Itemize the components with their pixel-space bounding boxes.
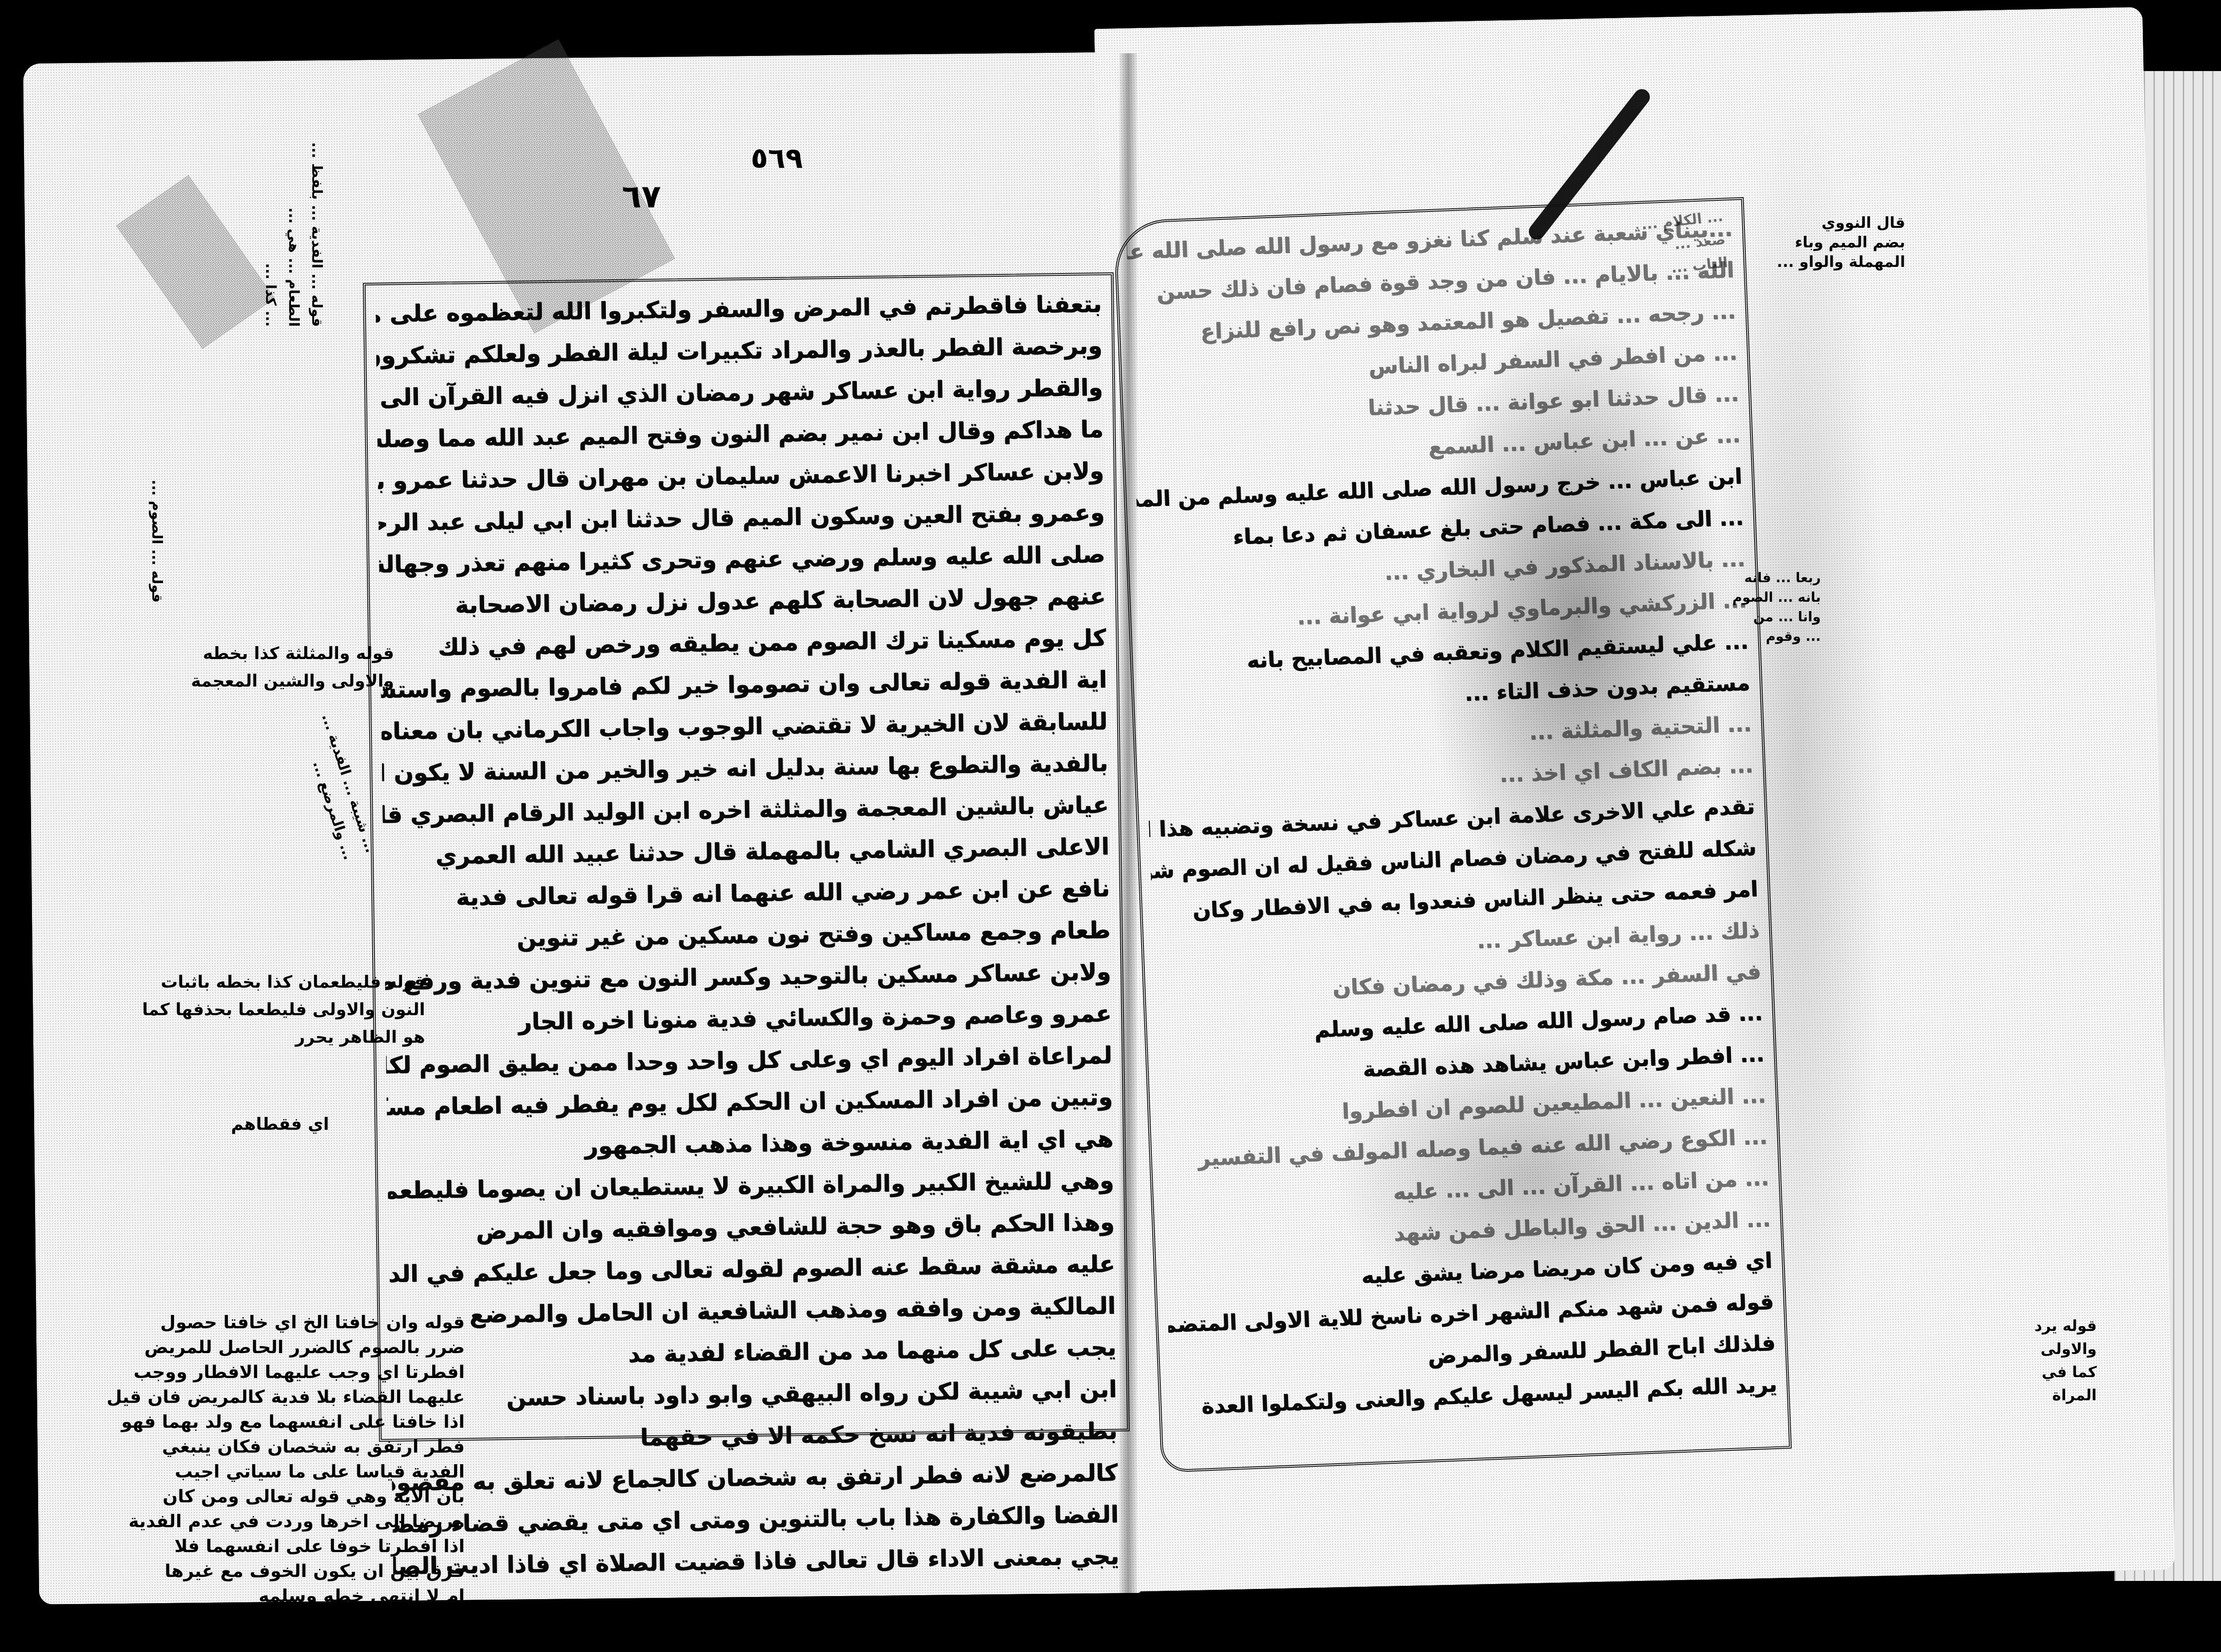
left-page-text-block: بتعفنا فاقطرتم في المرض والسفر ولتكبروا … (363, 272, 1130, 1442)
margin-note-line: قال النووي (1777, 213, 1905, 233)
margin-note-line: المراة (2034, 1384, 2097, 1407)
folio-number-right: ٥٦٩ (751, 142, 803, 175)
margin-note-line: والاولى (2034, 1338, 2097, 1361)
margin-note-line: بضم الميم وباء (1777, 233, 1905, 252)
margin-note-line: بانه ... الصوم (1732, 588, 1821, 608)
margin-note-line: النون والاولى فليطعما بحذفها كما (142, 996, 425, 1023)
margin-note-line: الفدية قياسا على ما سياتي اجيب (107, 1459, 465, 1484)
margin-note-line: وانا ... من (1732, 608, 1821, 627)
margin-note: قال النووي بضم الميم وباء المهملة والواو… (1777, 213, 1905, 272)
margin-note-line: اي فقطاهم (231, 1110, 329, 1138)
margin-note: ربعا ... فانه بانه ... الصوم وانا ... من… (1732, 568, 1821, 647)
margin-note-line: قوله والمثلثة كذا بخطه (191, 639, 394, 667)
margin-note-line: ... وقوم (1732, 627, 1821, 647)
margin-note-line: ضرر بالصوم كالضرر الحاصل للمريض (107, 1335, 465, 1360)
margin-note-line: كما في (2034, 1361, 2097, 1384)
margin-note: ... الكلام ... صعد ... الباب ... (1640, 205, 1729, 282)
margin-note: قوله وان خافتا الخ اي خافتا حصول ضرر بال… (107, 1310, 465, 1608)
folio-number-left: ٦٧ (622, 178, 661, 215)
scan-background: ٦٧ ٥٦٩ بتعفنا فاقطرتم في المرض والسفر ول… (0, 0, 2221, 1652)
margin-note-rotated: قوله ... الفدية ... بلفظ ... الطعام ... … (259, 142, 329, 327)
margin-note-line: ام لا انتهى خطه وسلمه (107, 1584, 465, 1608)
margin-note-line: الطعام ... هي ... (283, 142, 306, 327)
margin-note: قوله يرد والاولى كما في المراة (2034, 1314, 2097, 1407)
margin-note-line: فرق بين ان يكون الخوف مع غيرها (107, 1559, 465, 1584)
margin-note-line: ربعا ... فانه (1732, 568, 1821, 588)
margin-note-rotated: قوله ... الصوم ... (146, 480, 169, 603)
margin-note-line: عليهما القضاء بلا فدية كالمريض فان قيل (107, 1385, 465, 1410)
margin-note-line: مريضا الى اخرها وردت في عدم الفدية (107, 1509, 465, 1534)
margin-note-line: فطر ارتفق به شخصان فكان ينبغي (107, 1434, 465, 1459)
margin-note: قوله والمثلثة كذا بخطه والاولى والشين ال… (191, 639, 394, 695)
right-page-text-block: ...بيناي شعبة عند سلم كنا نغزو مع رسول ا… (1113, 197, 1791, 1473)
margin-note: قوله فليطعمان كذا بخطه باثبات النون والا… (142, 968, 425, 1051)
margin-note-line: قوله ... الفدية ... بلفظ ... (306, 142, 329, 327)
margin-note-line: ... كذا ... (259, 142, 283, 327)
margin-note: اي فقطاهم (231, 1110, 329, 1138)
margin-note-line: هو الظاهر يحرر (142, 1023, 425, 1051)
margin-note-line: قوله ... الصوم ... (146, 480, 169, 603)
margin-note-line: اذا افطرتا خوفا على انفسهما فلا (107, 1534, 465, 1559)
margin-note-line: قوله وان خافتا الخ اي خافتا حصول (107, 1310, 465, 1335)
margin-note-line: قوله فليطعمان كذا بخطه باثبات (142, 968, 425, 996)
margin-note-line: افطرتا اي وجب عليهما الافطار ووجب (107, 1360, 465, 1385)
margin-note-line: والاولى والشين المعجمة (191, 667, 394, 695)
margin-note-line: اذا خافتا على انفسهما مع ولد بهما فهو (107, 1410, 465, 1434)
margin-note-line: بان الاية وهي قوله تعالى ومن كان (107, 1484, 465, 1509)
margin-note-line: المهملة والواو ... (1777, 252, 1905, 272)
margin-note-line: قوله يرد (2034, 1314, 2097, 1338)
